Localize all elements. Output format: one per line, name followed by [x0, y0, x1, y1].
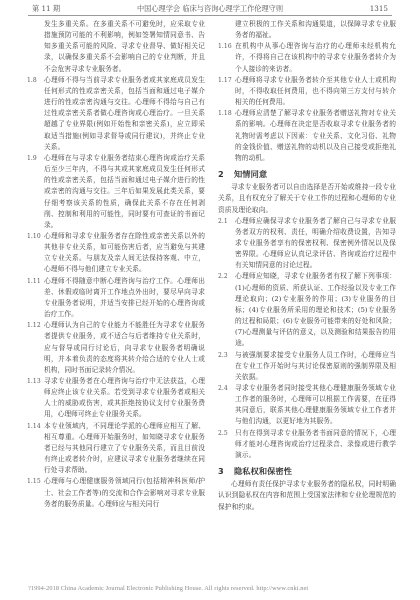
clause-text: 本专业领域内，不同理论学派的心理师应相互了解、相互尊重。心理师开始服务时，如知晓… [44, 421, 205, 477]
clause-text: 心理师和寻求专业服务者存在除性或亲密关系以外的其他非专业关系，如可能伤害后者，应… [44, 231, 205, 276]
clause-text: 寻求专业服务者同时接受其他心理健康服务领域专业工作者的服务时，心理师可以根据工作… [235, 383, 396, 428]
clause-1-17: 1.17 心理师将寻求专业服务者转介至其他专业人士或机构时，不得收取任何费用，也… [218, 75, 396, 108]
clause-1-10: 1.10 心理师和寻求专业服务者存在除性或亲密关系以外的其他非专业关系，如可能伤… [27, 231, 205, 276]
clause-number: 2.4 [218, 383, 235, 428]
clause-1-13: 1.13 寻求专业服务者在心理咨询与治疗中无法获益，心理师应终止该专业关系。若受… [27, 376, 205, 421]
clause-text: 只有在得到寻求专业服务者书面同意的情况下，心理师才能对心理咨询或治疗过程录音、录… [235, 428, 396, 461]
clause-1-16: 1.16 在机构中从事心理咨询与治疗的心理师未经机构允许，不得将自己在该机构中的… [218, 41, 396, 74]
clause-number: 2.2 [218, 271, 235, 349]
clause-1-11: 1.11 心理师不得随意中断心理咨询与治疗工作。心理师出差、休假或临时离开工作地… [27, 276, 205, 321]
clause-1-8: 1.8 心理师不得与当前寻求专业服务者或其家庭成员发生任何形式的性或亲密关系，包… [27, 75, 205, 153]
clause-number: 1.12 [27, 320, 44, 376]
clause-number: 1.14 [27, 421, 44, 477]
section-number: 2 [218, 169, 234, 180]
continued-paragraph: 发生多重关系。在多重关系不可避免时，应采取专业措施预防可能的不利影响，例如签署知… [27, 19, 205, 75]
clause-text: 心理师应确保寻求专业服务者了解自己与寻求专业服务者双方的权利、责任，明确介绍收费… [235, 216, 396, 272]
clause-number: 1.16 [218, 41, 235, 74]
clause-text: 心理师认为自己的专业能力不能胜任为寻求专业服务者提供专业服务，或不适合与后者维持… [44, 320, 205, 376]
page-header: 第 11 期 中国心理学会 临床与咨询心理学工作伦理守则 1315 [28, 3, 392, 16]
clause-number: 1.8 [27, 75, 44, 153]
clause-2-3: 2.3 与被强制要求接受专业服务人员工作时，心理师应当在专业工作开始时与其讨论保… [218, 350, 396, 383]
clause-text: 心理师在与寻求专业服务者结束心理咨询或治疗关系后至少三年内，不得与其或其家庭成员… [44, 153, 205, 231]
clause-text: 与被强制要求接受专业服务人员工作时，心理师应当在专业工作开始时与其讨论保密原则的… [235, 350, 396, 383]
clause-1-9: 1.9 心理师在与寻求专业服务者结束心理咨询或治疗关系后至少三年内，不得与其或其… [27, 153, 205, 231]
left-column: 发生多重关系。在多重关系不可避免时，应采取专业措施预防可能的不利影响，例如签署知… [27, 19, 205, 510]
clause-2-1: 2.1 心理师应确保寻求专业服务者了解自己与寻求专业服务者双方的权利、责任，明确… [218, 216, 396, 272]
clause-text: 心理师将寻求专业服务者转介至其他专业人士或机构时，不得收取任何费用，也不得向第三… [235, 75, 396, 108]
clause-number: 1.15 [27, 476, 44, 509]
clause-number: 1.17 [218, 75, 235, 108]
clause-number: 2.5 [218, 428, 235, 461]
section-intro: 寻求专业服务者可以自由选择是否开始或维持一段专业关系，且有权充分了解关于专业工作… [218, 182, 396, 215]
clause-text: 心理师应知晓，寻求专业服务者有权了解下列事项：(1)心理师的资质、所获认证、工作… [235, 271, 396, 349]
right-column: 建立积极的工作关系和沟通渠道，以保障寻求专业服务者的福祉。 1.16 在机构中从… [218, 19, 396, 513]
section-heading-informed-consent: 2知情同意 [218, 169, 396, 180]
clause-number: 1.11 [27, 276, 44, 321]
clause-number: 2.3 [218, 350, 235, 383]
section-number: 3 [218, 466, 234, 477]
continued-paragraph: 建立积极的工作关系和沟通渠道，以保障寻求专业服务者的福祉。 [218, 19, 396, 41]
section-heading-privacy: 3隐私权和保密性 [218, 466, 396, 477]
clause-2-2: 2.2 心理师应知晓，寻求专业服务者有权了解下列事项：(1)心理师的资质、所获认… [218, 271, 396, 349]
section-title: 隐私权和保密性 [234, 466, 292, 476]
clause-2-4: 2.4 寻求专业服务者同时接受其他心理健康服务领域专业工作者的服务时，心理师可以… [218, 383, 396, 428]
clause-text: 心理师应清楚了解寻求专业服务者赠送礼物对专业关系的影响。心理师在决定是否收取寻求… [235, 108, 396, 164]
copyright-footer: ?1994-2018 China Academic Journal Electr… [28, 585, 308, 592]
clause-text: 心理师与心理健康服务领域同行(包括精神科医师/护士、社会工作者等)的交流和合作会… [44, 476, 205, 509]
clause-1-12: 1.12 心理师认为自己的专业能力不能胜任为寻求专业服务者提供专业服务，或不适合… [27, 320, 205, 376]
running-title: 中国心理学会 临床与咨询心理学工作伦理守则 [28, 4, 392, 14]
clause-1-15: 1.15 心理师与心理健康服务领域同行(包括精神科医师/护士、社会工作者等)的交… [27, 476, 205, 509]
clause-number: 1.10 [27, 231, 44, 276]
clause-text: 心理师不得与当前寻求专业服务者或其家庭成员发生任何形式的性或亲密关系，包括当面和… [44, 75, 205, 153]
clause-text: 在机构中从事心理咨询与治疗的心理师未经机构允许，不得将自己在该机构中的寻求专业服… [235, 41, 396, 74]
clause-1-18: 1.18 心理师应清楚了解寻求专业服务者赠送礼物对专业关系的影响。心理师在决定是… [218, 108, 396, 164]
clause-text: 寻求专业服务者在心理咨询与治疗中无法获益，心理师应终止该专业关系。若受到寻求专业… [44, 376, 205, 421]
section-title: 知情同意 [234, 169, 267, 179]
section-intro: 心理师有责任保护寻求专业服务者的隐私权，同时明确认识到隐私权在内容和范围上受国家… [218, 479, 396, 512]
page-number: 1315 [370, 4, 388, 13]
clause-number: 2.1 [218, 216, 235, 272]
clause-text: 心理师不得随意中断心理咨询与治疗工作。心理师出差、休假或临时离开工作地点外出时，… [44, 276, 205, 321]
clause-number: 1.18 [218, 108, 235, 164]
clause-2-5: 2.5 只有在得到寻求专业服务者书面同意的情况下，心理师才能对心理咨询或治疗过程… [218, 428, 396, 461]
clause-number: 1.9 [27, 153, 44, 231]
clause-1-14: 1.14 本专业领域内，不同理论学派的心理师应相互了解、相互尊重。心理师开始服务… [27, 421, 205, 477]
clause-number: 1.13 [27, 376, 44, 421]
